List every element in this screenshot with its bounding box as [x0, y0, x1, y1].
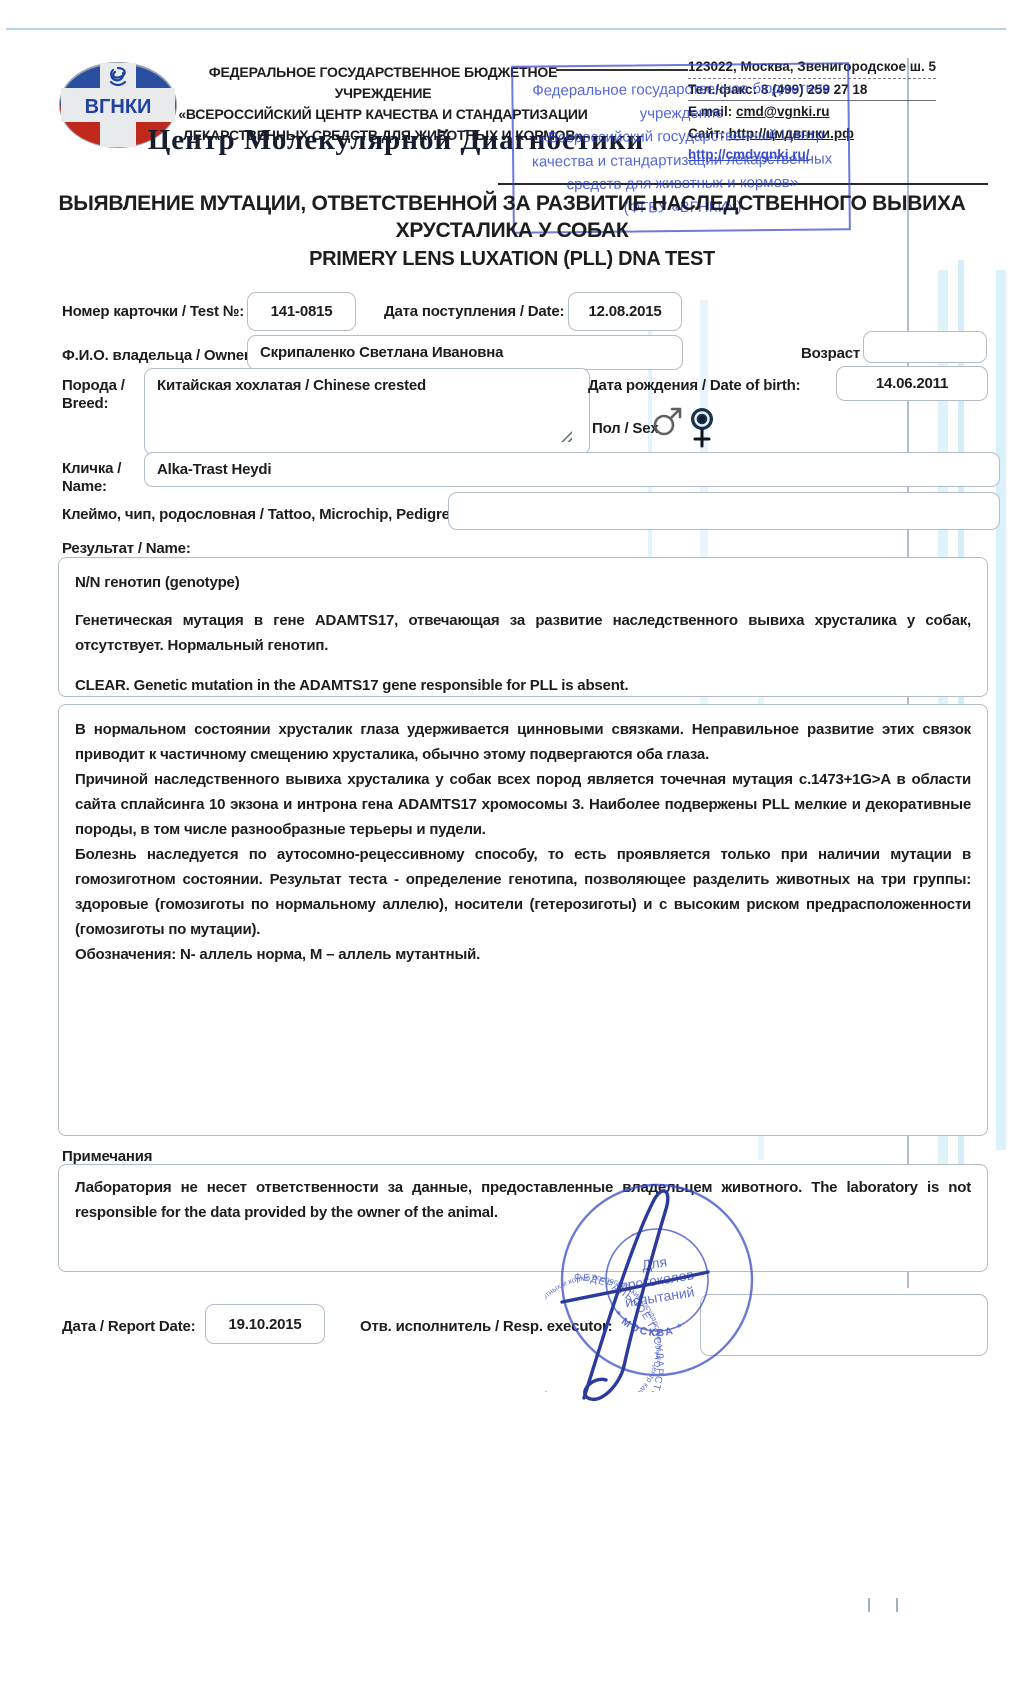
test-no-label: Номер карточки / Test №:: [62, 303, 244, 320]
report-date-value: 19.10.2015: [228, 1316, 301, 1333]
male-icon: [651, 404, 685, 438]
info-paragraph-1: В нормальном состоянии хрусталик глаза у…: [75, 717, 971, 767]
test-no-field[interactable]: 141-0815: [247, 292, 356, 331]
scan-tick: [868, 1598, 870, 1612]
doc-title-ru-1: ВЫЯВЛЕНИЕ МУТАЦИИ, ОТВЕТСТВЕННОЙ ЗА РАЗВ…: [50, 192, 974, 216]
scan-edge-top: [6, 28, 1006, 30]
female-icon: [688, 406, 716, 450]
doc-title-ru-2: ХРУСТАЛИКА У СОБАК: [50, 219, 974, 243]
sex-female-option-selected[interactable]: [688, 406, 716, 455]
signature-icon: [480, 1150, 780, 1430]
petname-label-ru: Кличка /: [62, 460, 121, 477]
date-label: Дата поступления / Date:: [384, 303, 564, 320]
owner-value: Скрипаленко Светлана Ивановна: [260, 344, 503, 361]
report-date-label: Дата / Report Date:: [62, 1318, 195, 1335]
notes-heading: Примечания: [62, 1148, 152, 1165]
scan-tick: [896, 1598, 898, 1612]
age-label: Возраст: [801, 345, 860, 362]
id-label: Клеймо, чип, родословная / Tattoo, Micro…: [62, 506, 463, 523]
result-label: Результат / Name:: [62, 540, 191, 557]
date-field[interactable]: 12.08.2015: [568, 292, 682, 331]
breed-label-ru: Порода /: [62, 377, 125, 394]
result-genotype: N/N генотип (genotype): [75, 570, 971, 595]
date-value: 12.08.2015: [588, 303, 661, 320]
breed-value: Китайская хохлатая / Chinese crested: [157, 377, 426, 394]
doc-title-en: PRIMERY LENS LUXATION (PLL) DNA TEST: [50, 248, 974, 271]
owner-label: Ф.И.О. владельца / Owner:: [62, 347, 254, 364]
petname-label-en: Name:: [62, 478, 107, 495]
result-text-en: CLEAR. Genetic mutation in the ADAMTS17 …: [75, 673, 971, 698]
info-box: В нормальном состоянии хрусталик глаза у…: [58, 704, 988, 1136]
petname-value: Alka-Trast Heydi: [157, 461, 271, 478]
test-no-value: 141-0815: [271, 303, 333, 320]
birth-label: Дата рождения / Date of birth:: [588, 377, 800, 394]
signature: [480, 1150, 780, 1435]
result-box: N/N генотип (genotype) Генетическая мута…: [58, 557, 988, 697]
result-text-ru: Генетическая мутация в гене ADAMTS17, от…: [75, 608, 971, 658]
age-field[interactable]: [863, 331, 987, 363]
id-field[interactable]: [448, 492, 1000, 530]
petname-field[interactable]: Alka-Trast Heydi: [144, 452, 1000, 487]
sex-male-option[interactable]: [651, 404, 685, 443]
breed-label-en: Breed:: [62, 395, 108, 412]
birth-field[interactable]: 14.06.2011: [836, 366, 988, 401]
scan-streak: [996, 270, 1006, 1150]
info-paragraph-2: Причиной наследственного вывиха хрустали…: [75, 767, 971, 842]
info-paragraph-4: Обозначения: N- аллель норма, М – аллель…: [75, 942, 971, 967]
info-paragraph-3: Болезнь наследуется по аутосомно-рецесси…: [75, 842, 971, 942]
owner-field[interactable]: Скрипаленко Светлана Ивановна: [247, 335, 683, 370]
document-page: ВГНКИ ФЕДЕРАЛЬНОЕ ГОСУДАРСТВЕННОЕ БЮДЖЕТ…: [0, 0, 1024, 1685]
birth-value: 14.06.2011: [876, 375, 948, 392]
report-date-field[interactable]: 19.10.2015: [205, 1304, 325, 1344]
svg-text:ВГНКИ: ВГНКИ: [85, 96, 152, 118]
sex-label: Пол / Sex: [592, 420, 659, 437]
breed-field[interactable]: Китайская хохлатая / Chinese crested: [144, 368, 590, 455]
